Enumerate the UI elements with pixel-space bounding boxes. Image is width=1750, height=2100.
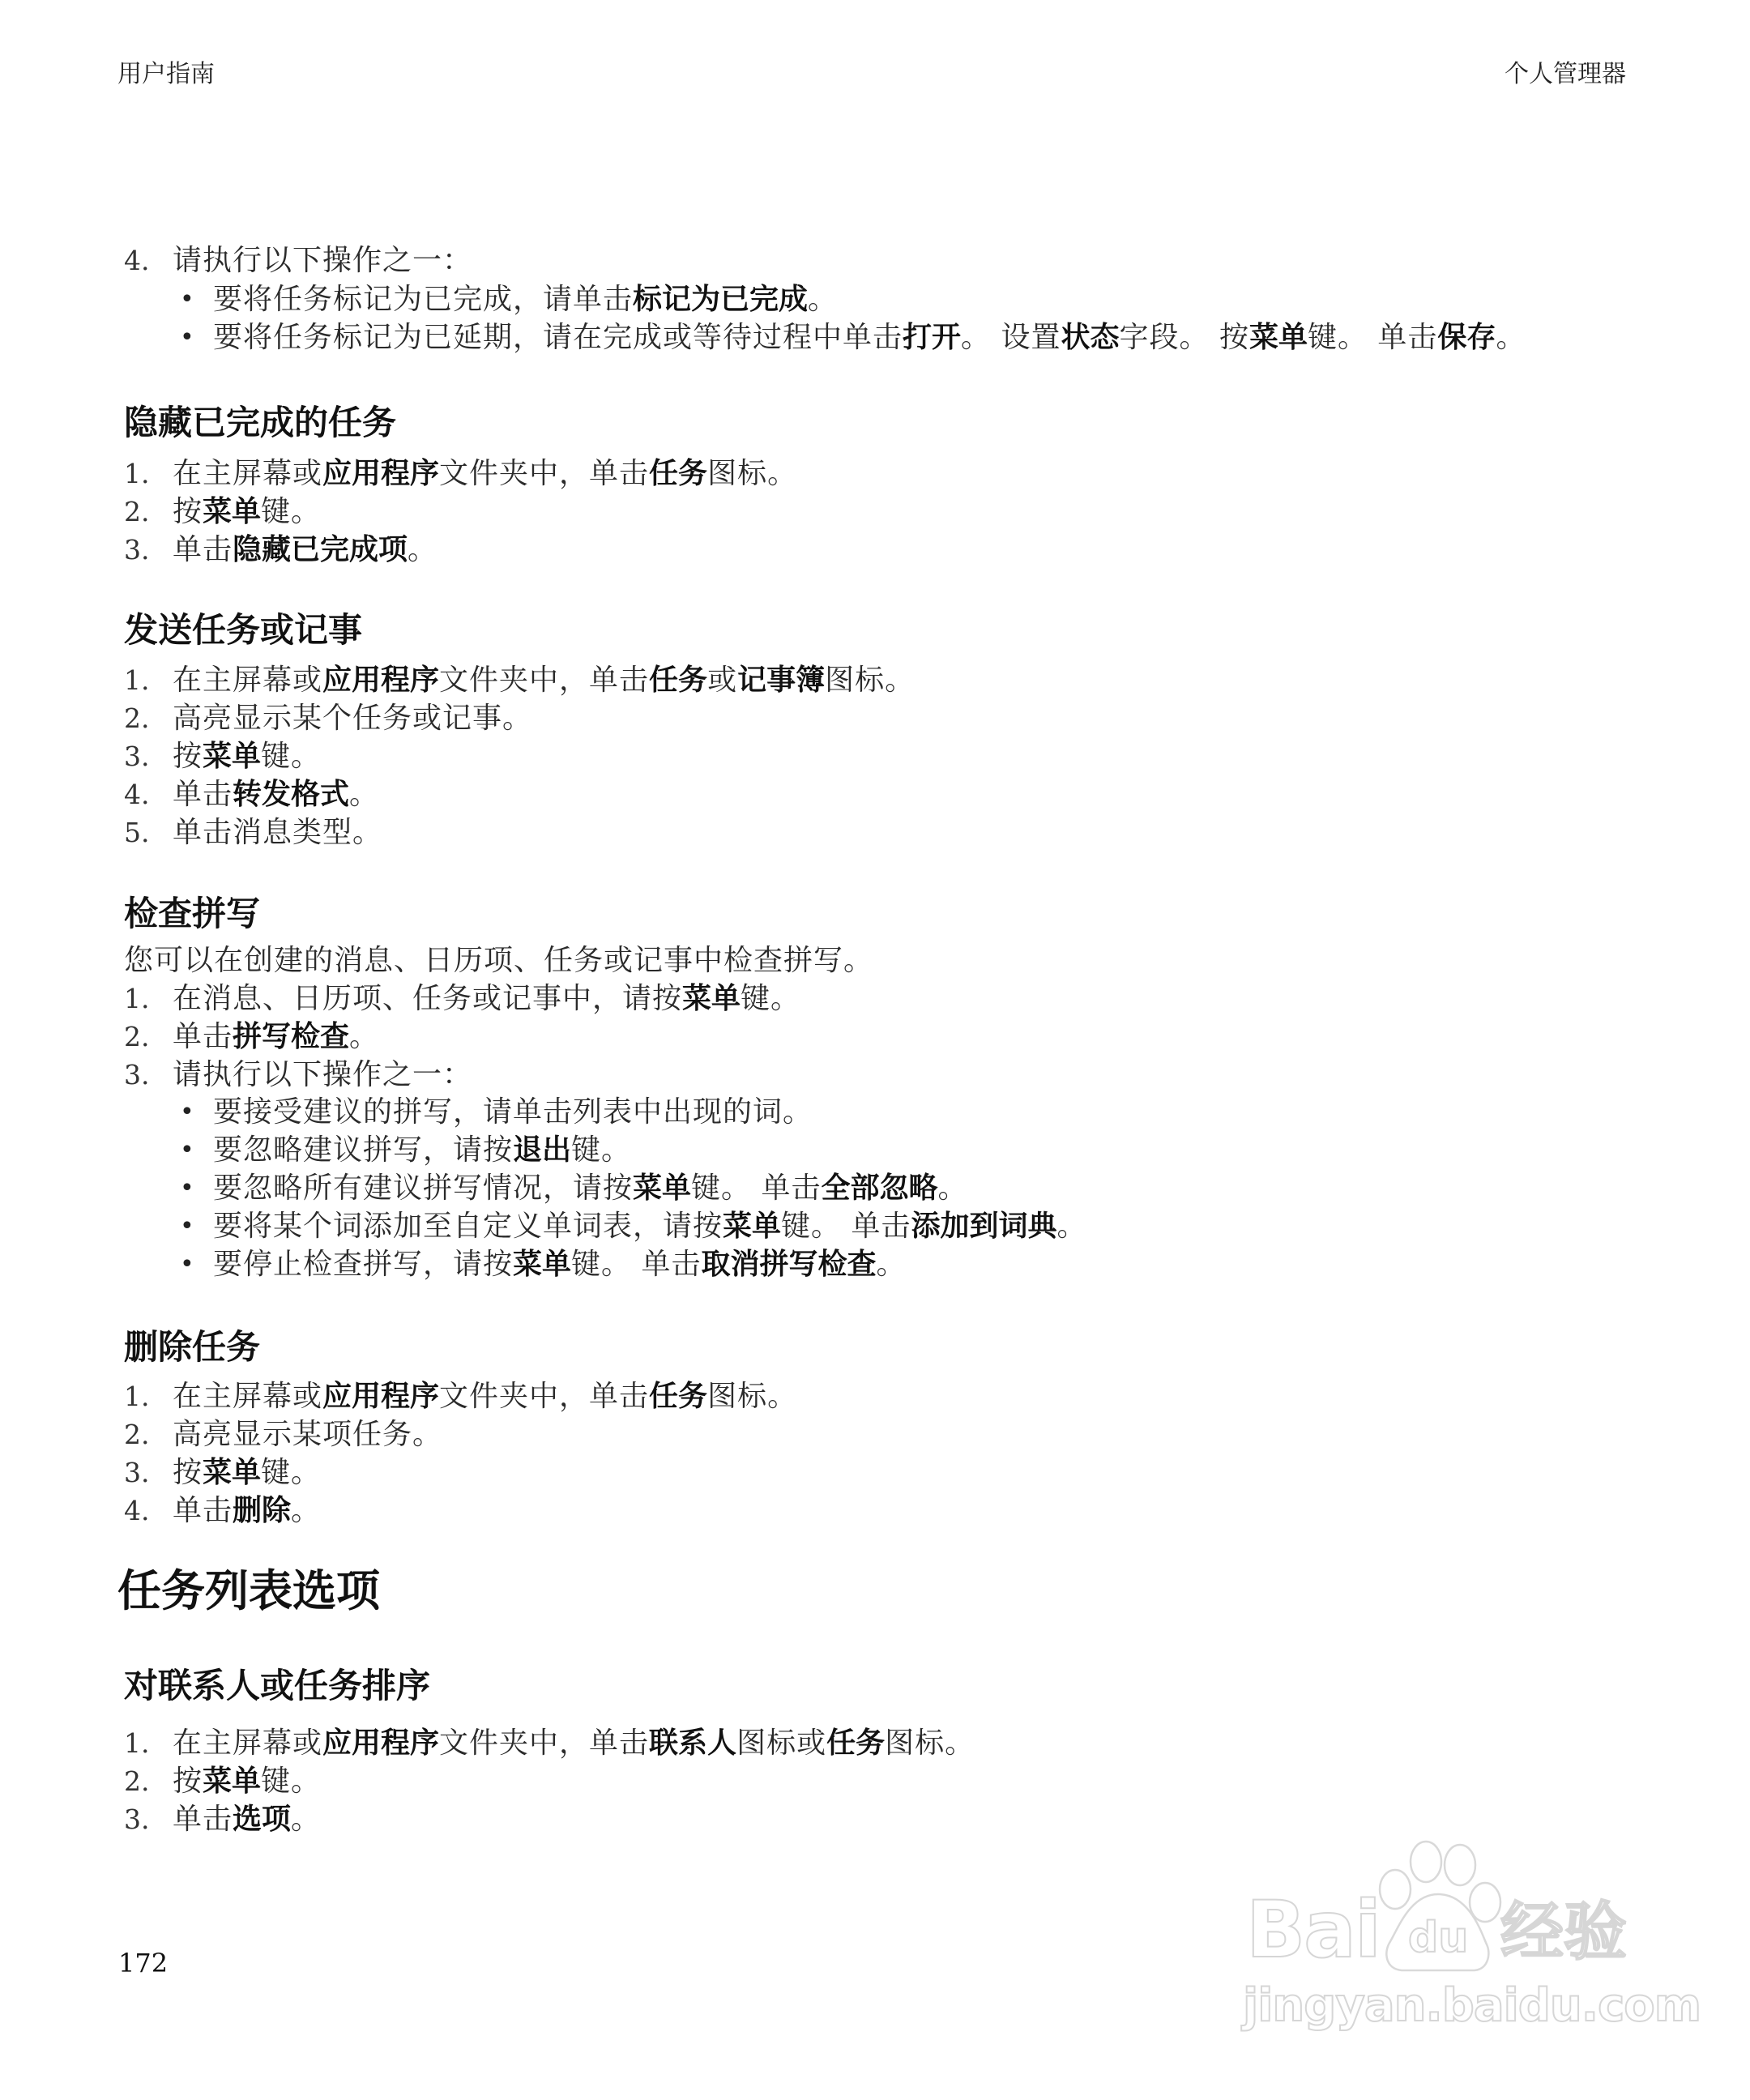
bullet-icon: • [180,323,194,352]
text-run: 。 [291,1803,321,1836]
watermark-brand-left: Bai [1246,1891,1380,1969]
section-heading-hide-completed: 隐藏已完成的任务 [124,403,396,443]
step-item: 请执行以下操作之一： [173,1057,472,1093]
step-item: 按菜单键。 [173,1455,321,1491]
text-run: 单击 [173,1020,233,1053]
step-number: 5. [124,817,150,848]
step-number: 2. [124,1765,150,1797]
bold-ui-term: 菜单 [203,1456,261,1489]
bold-ui-term: 联系人 [649,1727,736,1760]
page-number: 172 [118,1948,168,1978]
text-run: 按 [173,740,203,773]
step-number: 3. [124,741,150,772]
watermark-url: jingyan.baidu.com [1243,1982,1701,2030]
step-item: 单击选项。 [173,1802,321,1837]
text-run: 键。 [261,740,321,773]
text-run: 键。 单击 [691,1172,821,1205]
text-run: 单击消息类型。 [173,816,382,849]
bold-ui-term: 选项 [233,1803,291,1836]
bullet-item: 要将任务标记为已延期，请在完成或等待过程中单击打开。 设置状态字段。 按菜单键。… [213,320,1526,356]
section-heading-delete-task: 删除任务 [124,1327,260,1368]
text-run: 或 [707,664,737,697]
step-item: 高亮显示某项任务。 [173,1417,442,1453]
bold-ui-term: 拼写检查 [233,1020,349,1053]
text-run: 字段。 按 [1120,321,1249,354]
text-run: 图标。 [707,1380,797,1413]
step-number: 3. [124,534,150,566]
text-run: 按 [173,1456,203,1489]
step-number: 4. [124,1495,150,1526]
text-run: 请执行以下操作之一： [173,1058,472,1091]
bold-ui-term: 菜单 [513,1248,571,1281]
bold-ui-term: 菜单 [203,1765,261,1798]
text-run: 。 [349,778,379,811]
bold-ui-term: 应用程序 [322,457,439,490]
text-run: 要将任务标记为已延期，请在完成或等待过程中单击 [213,321,903,354]
header-right-title: 个人管理器 [1505,60,1626,89]
text-run: 单击 [173,533,233,566]
header-left-title: 用户指南 [117,60,215,89]
bold-ui-term: 记事簿 [737,664,825,697]
text-run: 高亮显示某个任务或记事。 [173,702,532,735]
text-run: 文件夹中，单击 [439,1380,649,1413]
text-run: 在主屏幕或 [173,1380,322,1413]
bullet-icon: • [180,285,194,314]
baidu-watermark: Bai du 经验 jingyan.baidu.com [1240,1839,1653,2042]
bold-ui-term: 应用程序 [322,1727,439,1760]
step-item: 按菜单键。 [173,739,321,775]
bullet-icon: • [180,1250,194,1278]
bold-ui-term: 应用程序 [322,1380,439,1413]
text-run: 在主屏幕或 [173,457,322,490]
text-run: 单击 [173,778,233,811]
step-number: 2. [124,1021,150,1052]
bold-ui-term: 打开 [903,321,961,354]
step-number: 4. [124,245,150,276]
step-number: 2. [124,702,150,734]
step-text: 请执行以下操作之一： [173,243,472,279]
text-run: 要停止检查拼写，请按 [213,1248,513,1281]
watermark-brand-paw-text: du [1408,1917,1468,1959]
step-number: 1. [124,664,150,696]
text-run: 。 [1496,321,1526,354]
step-item: 按菜单键。 [173,494,321,530]
text-run: 单击 [173,1494,233,1527]
bold-ui-term: 添加到词典 [911,1210,1056,1243]
text-run: 文件夹中，单击 [439,664,649,697]
bold-ui-term: 菜单 [682,982,741,1015]
text-run: 。 [349,1020,379,1053]
step-item: 单击拼写检查。 [173,1019,379,1055]
bold-ui-term: 标记为已完成 [633,283,808,316]
text-run: 。 [291,1494,321,1527]
text-run: 要将任务标记为已完成，请单击 [213,283,633,316]
step-item: 按菜单键。 [173,1764,321,1799]
bullet-item: 要忽略所有建议拼写情况，请按菜单键。 单击全部忽略。 [213,1171,968,1206]
text-run: 键。 单击 [1308,321,1437,354]
section-heading-spell-check: 检查拼写 [124,894,260,934]
text-run: 键。 [261,1765,321,1798]
bullet-item: 要接受建议的拼写，请单击列表中出现的词。 [213,1095,813,1130]
step-number: 2. [124,1419,150,1450]
bold-ui-term: 取消拼写检查 [701,1248,876,1281]
text-run: 按 [173,1765,203,1798]
bold-ui-term: 删除 [233,1494,291,1527]
step-item: 单击转发格式。 [173,777,379,813]
bold-ui-term: 菜单 [203,740,261,773]
text-run: 键。 [741,982,800,1015]
text-run: 。 [1057,1210,1087,1243]
bold-ui-term: 任务 [649,664,707,697]
watermark-brand-right: 经验 [1500,1896,1627,1969]
bold-ui-term: 状态 [1061,321,1119,354]
step-number: 3. [124,1059,150,1091]
bullet-icon: • [180,1174,194,1202]
bold-ui-term: 菜单 [203,495,261,528]
text-run: 在消息、日历项、任务或记事中，请按 [173,982,682,1015]
step-item: 在消息、日历项、任务或记事中，请按菜单键。 [173,981,800,1017]
bold-ui-term: 保存 [1437,321,1496,354]
step-number: 1. [124,458,150,489]
text-run: 。 [877,1248,907,1281]
text-run: 要忽略建议拼写，请按 [213,1133,513,1167]
step-item: 单击删除。 [173,1493,321,1529]
step-number: 1. [124,1381,150,1412]
step-item: 在主屏幕或应用程序文件夹中，单击任务或记事簿图标。 [173,663,915,698]
bold-ui-term: 任务 [649,1380,707,1413]
step-number: 2. [124,496,150,527]
bullet-item: 要停止检查拼写，请按菜单键。 单击取消拼写检查。 [213,1247,907,1283]
bold-ui-term: 菜单 [1249,321,1308,354]
text-run: 要接受建议的拼写，请单击列表中出现的词。 [213,1095,813,1129]
bold-ui-term: 任务 [649,457,707,490]
bold-ui-term: 菜单 [723,1210,781,1243]
bullet-item: 要忽略建议拼写，请按退出键。 [213,1133,631,1168]
text-run: 文件夹中，单击 [439,457,649,490]
bold-ui-term: 任务 [826,1727,885,1760]
bullet-icon: • [180,1098,194,1126]
bold-ui-term: 应用程序 [322,664,439,697]
text-run: 图标。 [825,664,915,697]
step-item: 单击消息类型。 [173,815,382,851]
step-item: 在主屏幕或应用程序文件夹中，单击任务图标。 [173,456,797,492]
step-item: 在主屏幕或应用程序文件夹中，单击任务图标。 [173,1379,797,1415]
step-item: 高亮显示某个任务或记事。 [173,701,532,736]
bullet-icon: • [180,1212,194,1240]
text-run: 图标。 [885,1727,975,1760]
step-number: 3. [124,1803,150,1835]
text-run: 要忽略所有建议拼写情况，请按 [213,1172,633,1205]
section-intro: 您可以在创建的消息、日历项、任务或记事中检查拼写。 [124,943,873,979]
section-heading-sort-contacts-tasks: 对联系人或任务排序 [124,1666,430,1706]
bold-ui-term: 隐藏已完成项 [233,533,408,566]
step-number: 4. [124,779,150,810]
text-run: 在主屏幕或 [173,664,322,697]
bold-ui-term: 全部忽略 [821,1172,937,1205]
step-item: 单击隐藏已完成项。 [173,532,437,568]
step-number: 1. [124,1727,150,1759]
step-number: 3. [124,1457,150,1488]
text-run: 高亮显示某项任务。 [173,1418,442,1451]
bold-ui-term: 菜单 [633,1172,691,1205]
bold-ui-term: 退出 [513,1133,571,1167]
chapter-heading-task-list-options: 任务列表选项 [117,1565,380,1617]
text-run: 键。 [261,495,321,528]
text-run: 按 [173,495,203,528]
text-run: 。 [938,1172,968,1205]
text-run: 要将某个词添加至自定义单词表，请按 [213,1210,723,1243]
text-run: 。 [808,283,838,316]
step-item: 在主屏幕或应用程序文件夹中，单击联系人图标或任务图标。 [173,1726,975,1761]
bullet-icon: • [180,1136,194,1164]
text-run: 键。 单击 [781,1210,911,1243]
text-run: 文件夹中，单击 [439,1727,649,1760]
text-run: 键。 单击 [571,1248,701,1281]
text-run: 图标。 [707,457,797,490]
text-run: 键。 [261,1456,321,1489]
text-run: 图标或 [736,1727,826,1760]
text-run: 单击 [173,1803,233,1836]
section-heading-send-task: 发送任务或记事 [124,610,362,651]
bullet-item: 要将任务标记为已完成，请单击标记为已完成。 [213,282,838,318]
bullet-item: 要将某个词添加至自定义单词表，请按菜单键。 单击添加到词典。 [213,1209,1087,1244]
text-run: 在主屏幕或 [173,1727,322,1760]
text-run: 。 [408,533,437,566]
bold-ui-term: 转发格式 [233,778,349,811]
text-run: 。 设置 [961,321,1061,354]
step-number: 1. [124,983,150,1014]
text-run: 键。 [571,1133,631,1167]
